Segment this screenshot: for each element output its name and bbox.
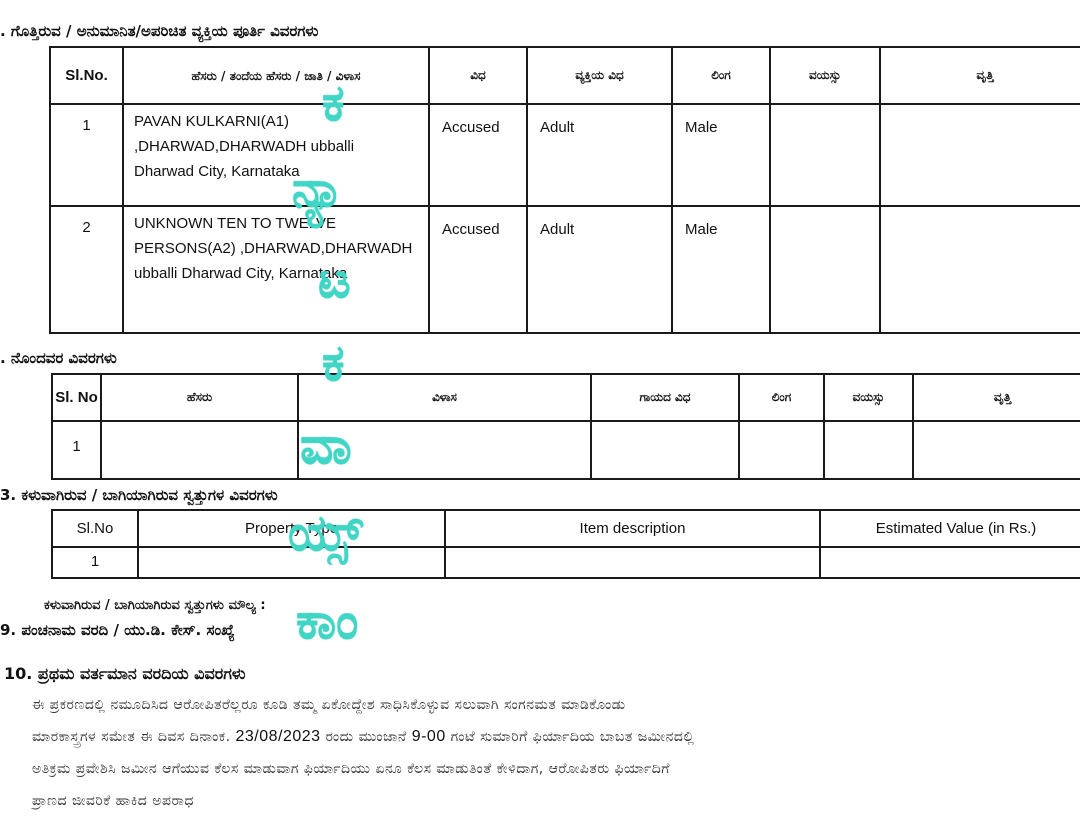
col-header-age: ವಯಸ್ಸು	[824, 374, 913, 421]
property-section-title: 3. ಕಳುವಾಗಿರುವ / ಬಾಗಿಯಾಗಿರುವ ಸ್ವತ್ತುಗಳ ವಿ…	[0, 486, 278, 504]
fir-line: ಪ್ರಾಣದ ಜೀವರಿಕೆ ಹಾಕಿದ ಅಪರಾಧ	[32, 785, 1052, 817]
accused-age	[770, 104, 880, 206]
fir-paragraph: ಈ ಪ್ರಕರಣದಲ್ಲಿ ನಮೂದಿಸಿದ ಆರೋಪಿತರೆಲ್ಲರೂ ಕೂಡ…	[32, 689, 1052, 817]
col-header-person-type: ವ್ಯಕ್ತಿಯ ವಿಧ	[527, 47, 672, 104]
victims-section-title: . ನೊಂದವರ ವಿವರಗಳು	[0, 349, 117, 367]
panchanama-section-title: 9. ಪಂಚನಾಮ ವರದಿ / ಯು.ಡಿ. ಕೇಸ್. ಸಂಖ್ಯೆ	[0, 621, 235, 639]
victims-header-row: Sl. No ಹೆಸರು ವಿಳಾಸ ಗಾಯದ ವಿಧ ಲಿಂಗ ವಯಸ್ಸು …	[52, 374, 1080, 421]
col-header-occupation: ವೃತ್ತಿ	[880, 47, 1080, 104]
property-header-row: Sl.No Property Type Item description Est…	[52, 510, 1080, 547]
table-row: 2 UNKNOWN TEN TO TWELVE PERSONS(A2) ,DHA…	[50, 206, 1080, 333]
accused-person-type: Adult	[527, 206, 672, 333]
accused-person-type: Adult	[527, 104, 672, 206]
col-header-address: ವಿಳಾಸ	[298, 374, 591, 421]
col-header-gender: ಲಿಂಗ	[739, 374, 824, 421]
victim-injury	[591, 421, 739, 479]
col-header-property-type: Property Type	[138, 510, 445, 547]
col-header-item-description: Item description	[445, 510, 820, 547]
col-header-slno: Sl.No.	[50, 47, 123, 104]
col-header-occupation: ವೃತ್ತಿ	[913, 374, 1080, 421]
table-row: 1	[52, 547, 1080, 578]
accused-occupation	[880, 206, 1080, 333]
property-sl: 1	[52, 547, 138, 578]
col-header-estimated-value: Estimated Value (in Rs.)	[820, 510, 1080, 547]
property-value	[820, 547, 1080, 578]
col-header-name-address: ಹೆಸರು / ತಂದೆಯ ಹೆಸರು / ಜಾತಿ / ವಿಳಾಸ	[123, 47, 429, 104]
accused-sl: 2	[50, 206, 123, 333]
victim-occupation	[913, 421, 1080, 479]
accused-age	[770, 206, 880, 333]
accused-name-address: UNKNOWN TEN TO TWELVE PERSONS(A2) ,DHARW…	[123, 206, 429, 333]
victim-sl: 1	[52, 421, 101, 479]
accused-gender: Male	[672, 206, 770, 333]
fir-line: ಅತಿಕ್ರಮ ಪ್ರವೇಶಿಸಿ ಜಮೀನ ಆಗೆಯುವ ಕೆಲಸ ಮಾಡುವ…	[32, 753, 1052, 785]
accused-name-address: PAVAN KULKARNI(A1) ,DHARWAD,DHARWADH ubb…	[123, 104, 429, 206]
victim-gender	[739, 421, 824, 479]
fir-section-title: 10. ಪ್ರಥಮ ವರ್ತಮಾನ ವರದಿಯ ವಿವರಗಳು	[4, 664, 246, 684]
table-row: 1	[52, 421, 1080, 479]
accused-type: Accused	[429, 206, 527, 333]
col-header-slno: Sl.No	[52, 510, 138, 547]
accused-header-row: Sl.No. ಹೆಸರು / ತಂದೆಯ ಹೆಸರು / ಜಾತಿ / ವಿಳಾ…	[50, 47, 1080, 104]
accused-section-title: . ಗೊತ್ತಿರುವ / ಅನುಮಾನಿತ/ಅಪರಿಚಿತ ವ್ಯಕ್ತಿಯ …	[0, 22, 318, 40]
table-row: 1 PAVAN KULKARNI(A1) ,DHARWAD,DHARWADH u…	[50, 104, 1080, 206]
property-type	[138, 547, 445, 578]
watermark-glyph: ಕಾಂ	[296, 596, 358, 646]
accused-sl: 1	[50, 104, 123, 206]
accused-type: Accused	[429, 104, 527, 206]
col-header-age: ವಯಸ್ಸು	[770, 47, 880, 104]
property-value-label: ಕಳುವಾಗಿರುವ / ಬಾಗಿಯಾಗಿರುವ ಸ್ವತ್ತುಗಳು ಮೌಲ್…	[44, 598, 266, 613]
col-header-gender: ಲಿಂಗ	[672, 47, 770, 104]
accused-occupation	[880, 104, 1080, 206]
property-table: Sl.No Property Type Item description Est…	[51, 509, 1080, 579]
col-header-type: ವಿಧ	[429, 47, 527, 104]
victim-address	[298, 421, 591, 479]
accused-gender: Male	[672, 104, 770, 206]
fir-line: ಮಾರಕಾಸ್ತ್ರಗಳ ಸಮೇತ ಈ ದಿವಸ ದಿನಾಂಕ. 23/08/2…	[32, 721, 1052, 753]
property-description	[445, 547, 820, 578]
fir-line: ಈ ಪ್ರಕರಣದಲ್ಲಿ ನಮೂದಿಸಿದ ಆರೋಪಿತರೆಲ್ಲರೂ ಕೂಡ…	[32, 689, 1052, 721]
victim-name	[101, 421, 298, 479]
col-header-injury-type: ಗಾಯದ ವಿಧ	[591, 374, 739, 421]
victim-age	[824, 421, 913, 479]
accused-table: Sl.No. ಹೆಸರು / ತಂದೆಯ ಹೆಸರು / ಜಾತಿ / ವಿಳಾ…	[49, 46, 1080, 334]
victims-table: Sl. No ಹೆಸರು ವಿಳಾಸ ಗಾಯದ ವಿಧ ಲಿಂಗ ವಯಸ್ಸು …	[51, 373, 1080, 480]
col-header-slno: Sl. No	[52, 374, 101, 421]
col-header-name: ಹೆಸರು	[101, 374, 298, 421]
